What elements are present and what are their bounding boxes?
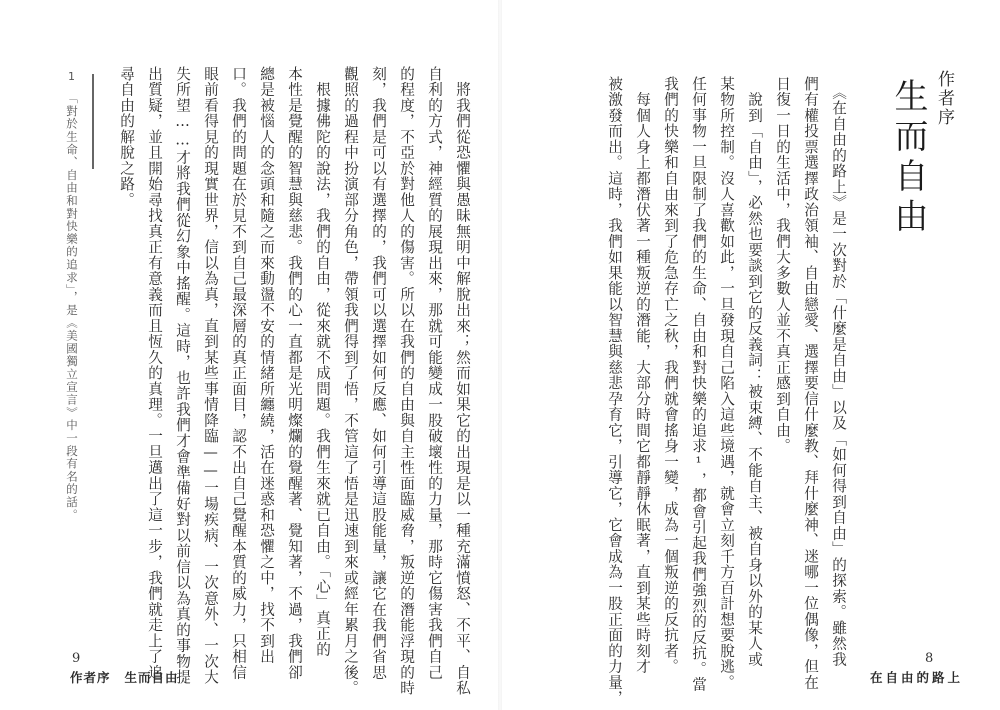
text-column: 們有權投票選擇政治領袖、自由戀愛、選擇要信什麼教、拜什麼神、迷哪一位偶像，但在 — [798, 76, 822, 690]
text-column: 的程度，不亞於對他人的傷害。所以在我們的自由與自主性面臨威脅，叛逆的潛能浮現的時 — [394, 66, 418, 696]
text-column: 總是被惱人的念頭和隨之而來動盪不安的情緒所纏繞，活在迷惑和恐懼之中，找不到出 — [254, 66, 278, 665]
text-column: 觀照的過程中扮演部分角色，帶領我們得到了悟，不管這了悟是迅速到來或經年累月之後。 — [338, 66, 362, 696]
text-column: 眼前看得見的現實世界，信以為真，直到某些事情降臨——一場疾病、一次意外、一次大 — [198, 66, 222, 685]
text-column: 日復一日的生活中，我們大多數人並不真正感到自由。 — [770, 76, 794, 454]
left-page: 將我們從恐懼與愚昧無明中解脫出來；然而如果它的出現是以一種充滿憤怒、不平、自私 … — [0, 0, 500, 710]
text-column: 被激發而出。這時，我們如果能以智慧與慈悲孕育它，引導它，它會成為一股正面的力量， — [602, 76, 626, 706]
footnote: 1 「對於生命、自由和對快樂的追求」，是《美國獨立宣言》中一段有名的話。 — [56, 70, 106, 430]
page-number: 8 — [925, 651, 933, 666]
text-column: 說到「自由」，必然也要談到它的反義詞：被束縛、不能自主、被自身以外的某人或 — [742, 76, 766, 667]
running-head-section: 作者序 — [70, 670, 111, 685]
text-column: 任何事物一旦限制了我們的生命、自由和對快樂的追求¹，都會引起我們強烈的反抗。當 — [686, 76, 710, 693]
text-column: 自利的方式，神經質的展現出來，那就可能變成一股破壞性的力量，那時它傷害我們自己 — [422, 66, 446, 680]
book-spread: 將我們從恐懼與愚昧無明中解脫出來；然而如果它的出現是以一種充滿憤怒、不平、自私 … — [0, 0, 1000, 710]
text-column: 失所望……才將我們從幻象中搖醒。這時，也許我們才會準備好對以前信以為真的事物提 — [170, 66, 194, 685]
right-page: 作者序 生而自由 《在自由的路上》是一次對於「什麼是自由」以及「如何得到自由」的… — [500, 0, 1000, 710]
text-column: 我們的快樂和自由來到了危急存亡之秋，我們就會搖身一變，成為一個叛逆的反抗者。 — [658, 76, 682, 675]
text-column: 出質疑，並且開始尋找真正有意義而且恆久的真理。一旦邁出了這一步，我們就走上了追 — [142, 66, 166, 680]
left-page-body: 將我們從恐懼與愚昧無明中解脫出來；然而如果它的出現是以一種充滿憤怒、不平、自私 … — [110, 66, 474, 606]
chapter-label: 作者序 — [932, 70, 957, 127]
text-column: 《在自由的路上》是一次對於「什麼是自由」以及「如何得到自由」的探索。雖然我 — [826, 76, 850, 667]
text-column: 根據佛陀的說法，我們的自由，從來就不成問題。我們生來就已自由。「心」真正的 — [310, 66, 334, 657]
footnote-text: 「對於生命、自由和對快樂的追求」，是《美國獨立宣言》中一段有名的話。 — [64, 92, 80, 521]
text-column: 尋自由的解脫之路。 — [114, 66, 138, 208]
text-column: 本性是覺醒的智慧與慈悲。我們的心一直都是光明燦爛的覺醒著、覺知著，不過，我們卻 — [282, 66, 306, 680]
chapter-title: 生而自由 — [884, 78, 933, 238]
right-page-body: 《在自由的路上》是一次對於「什麼是自由」以及「如何得到自由」的探索。雖然我 們有… — [560, 76, 850, 606]
running-head-title: 生而自由 — [125, 670, 179, 685]
text-column: 某物所控制。沒人喜歡如此，一旦發現自己陷入這些境遇，就會立刻千方百計想要脫逃。 — [714, 76, 738, 690]
page-number: 9 — [72, 651, 80, 666]
footnote-rule — [92, 74, 94, 169]
footnote-number: 1 — [68, 70, 75, 83]
text-column: 每個人身上都潛伏著一種叛逆的潛能，大部分時間它都靜靜休眠著，直到某些時刻才 — [630, 76, 654, 675]
running-head: 作者序生而自由 — [70, 668, 179, 686]
text-column: 刻，我們是可以有選擇的，我們可以選擇如何反應、如何引導這股能量，讓它在我們省思 — [366, 66, 390, 680]
running-head: 在自由的路上 — [870, 668, 963, 686]
text-column: 口。我們的問題在於見不到自己最深層的真正面目，認不出自己覺醒本質的威力，只相信 — [226, 66, 250, 680]
text-column: 將我們從恐懼與愚昧無明中解脫出來；然而如果它的出現是以一種充滿憤怒、不平、自私 — [450, 66, 474, 696]
